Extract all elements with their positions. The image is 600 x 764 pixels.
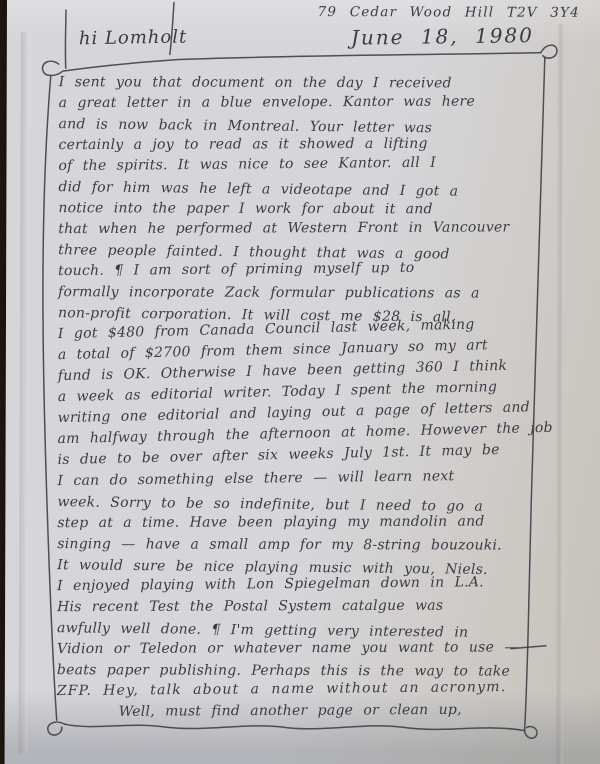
letter-photo: 79 Cedar Wood Hill T2V 3Y4 June 18, 1980… — [0, 0, 600, 764]
border-bottom — [65, 724, 525, 730]
letter-body: I sent you that document on the day I re… — [57, 72, 562, 725]
letter-date: June 18, 1980 — [351, 23, 534, 50]
letter-line: ZFP. Hey, talk about a name without an a… — [57, 677, 560, 703]
letter-line: I enjoyed playing with Lon Spiegelman do… — [57, 572, 560, 598]
border-tick-left — [65, 10, 66, 68]
letter-line: singing — have a small amp for my 8-stri… — [57, 534, 560, 557]
border-corner-top-right — [541, 45, 557, 58]
letter-line: formally incorporate Zack formular publi… — [58, 282, 561, 305]
letter-paper: 79 Cedar Wood Hill T2V 3Y4 June 18, 1980… — [5, 0, 600, 764]
paper-crease-left — [19, 32, 30, 754]
letter-line: Vidion or Teledon or whatever name you w… — [57, 637, 560, 660]
letter-line: step at a time. Have been playing my man… — [57, 511, 560, 534]
letter-line: a great letter in a blue envelope. Kanto… — [59, 91, 562, 114]
letter-line: His recent Test the Postal System catalg… — [57, 595, 560, 618]
border-corner-bottom-left — [48, 722, 65, 735]
border-corner-bottom-right — [525, 727, 537, 739]
letter-line: of the spirits. It was nice to see Kanto… — [58, 152, 561, 178]
greeting: hi Lomholt — [79, 26, 188, 49]
letter-line: touch. ¶ I am sort of priming myself up … — [58, 257, 561, 283]
sender-address: 79 Cedar Wood Hill T2V 3Y4 — [318, 4, 580, 21]
letter-line: Well, must find another page or clean up… — [57, 699, 560, 723]
letter-line: that when he performed at Western Front … — [58, 217, 561, 240]
